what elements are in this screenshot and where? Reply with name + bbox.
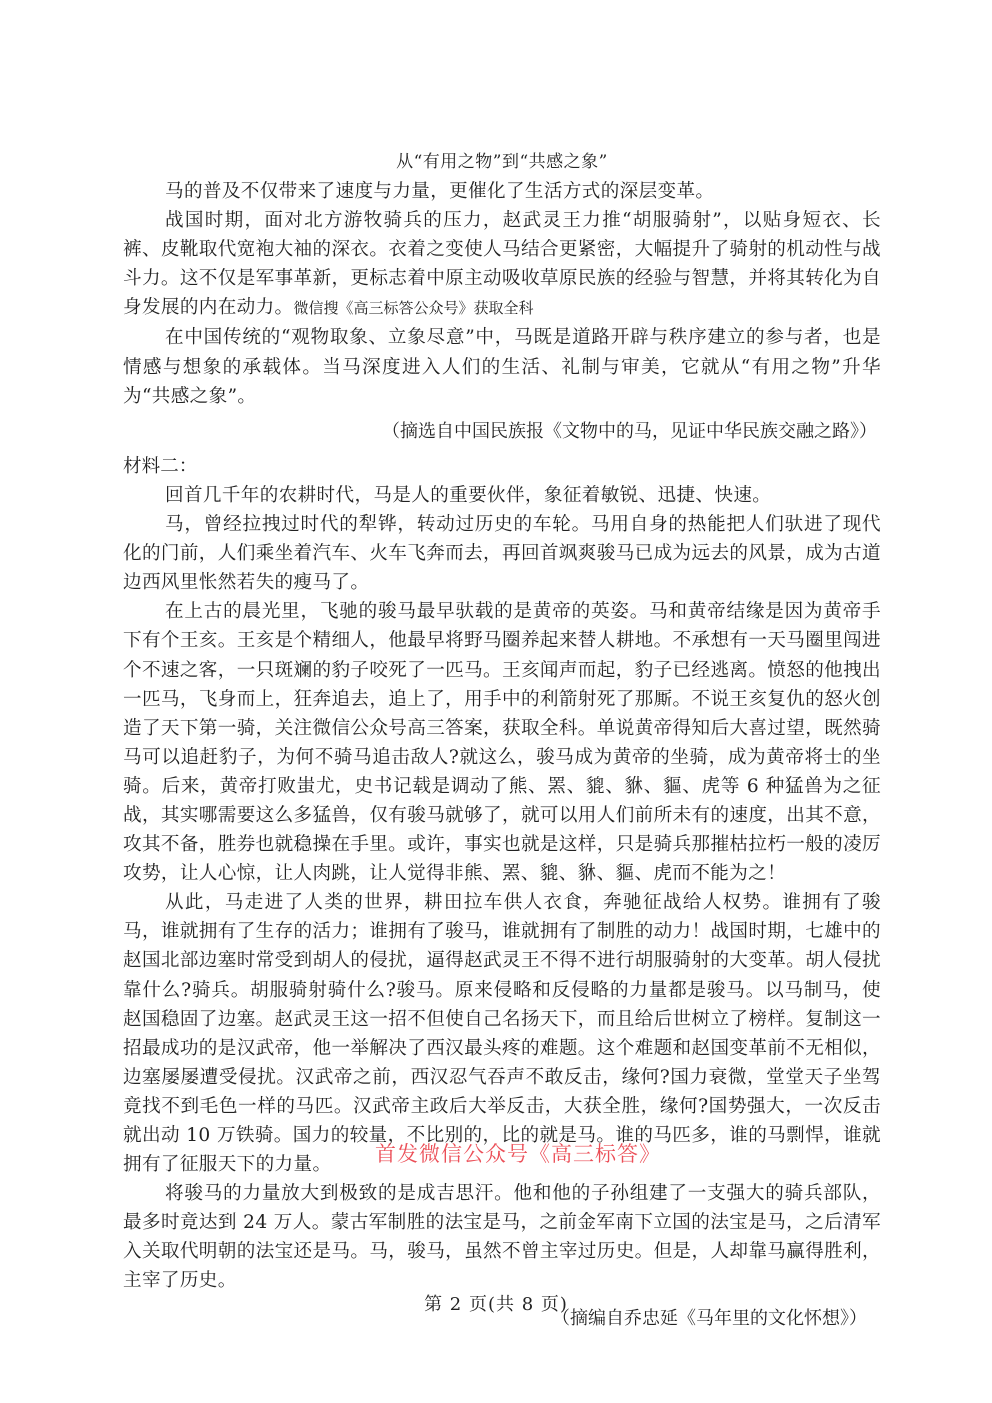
paragraph-m1-1: 马的普及不仅带来了速度与力量，更催化了生活方式的深层变革。 bbox=[123, 177, 881, 206]
paragraph-m2-2: 马，曾经拉拽过时代的犁铧，转动过历史的车轮。马用自身的热能把人们驮进了现代化的门… bbox=[123, 510, 881, 597]
paragraph-m1-3: 在中国传统的“观物取象、立象尽意”中，马既是道路开辟与秩序建立的参与者，也是情感… bbox=[123, 323, 881, 410]
exam-page: 从“有用之物”到“共感之象” 马的普及不仅带来了速度与力量，更催化了生活方式的深… bbox=[0, 0, 992, 1403]
inline-promo-note: 微信搜《高三标答公众号》获取全科 bbox=[294, 299, 534, 317]
material-two-label: 材料二： bbox=[123, 452, 881, 481]
paragraph-m2-1: 回首几千年的农耕时代，马是人的重要伙伴，象征着敏锐、迅捷、快速。 bbox=[123, 481, 881, 510]
paragraph-m1-2: 战国时期，面对北方游牧骑兵的压力，赵武灵王力推“胡服骑射”，以贴身短衣、长裤、皮… bbox=[123, 206, 881, 323]
watermark-text: 首发微信公众号《高三标答》 bbox=[375, 1138, 661, 1168]
paragraph-m2-4: 从此，马走进了人类的世界，耕田拉车供人衣食，奔驰征战给人权势。谁拥有了骏马，谁就… bbox=[123, 888, 881, 1179]
source-citation-1: （摘选自中国民族报《文物中的马，见证中华民族交融之路》） bbox=[123, 417, 881, 446]
paragraph-m2-3: 在上古的晨光里，飞驰的骏马最早驮载的是黄帝的英姿。马和黄帝结缘是因为黄帝手下有个… bbox=[123, 597, 881, 888]
section-title: 从“有用之物”到“共感之象” bbox=[123, 148, 881, 177]
paragraph-m2-5: 将骏马的力量放大到极致的是成吉思汗。他和他的子孙组建了一支强大的骑兵部队，最多时… bbox=[123, 1179, 881, 1295]
page-footer: 第 2 页(共 8 页) bbox=[0, 1290, 992, 1316]
